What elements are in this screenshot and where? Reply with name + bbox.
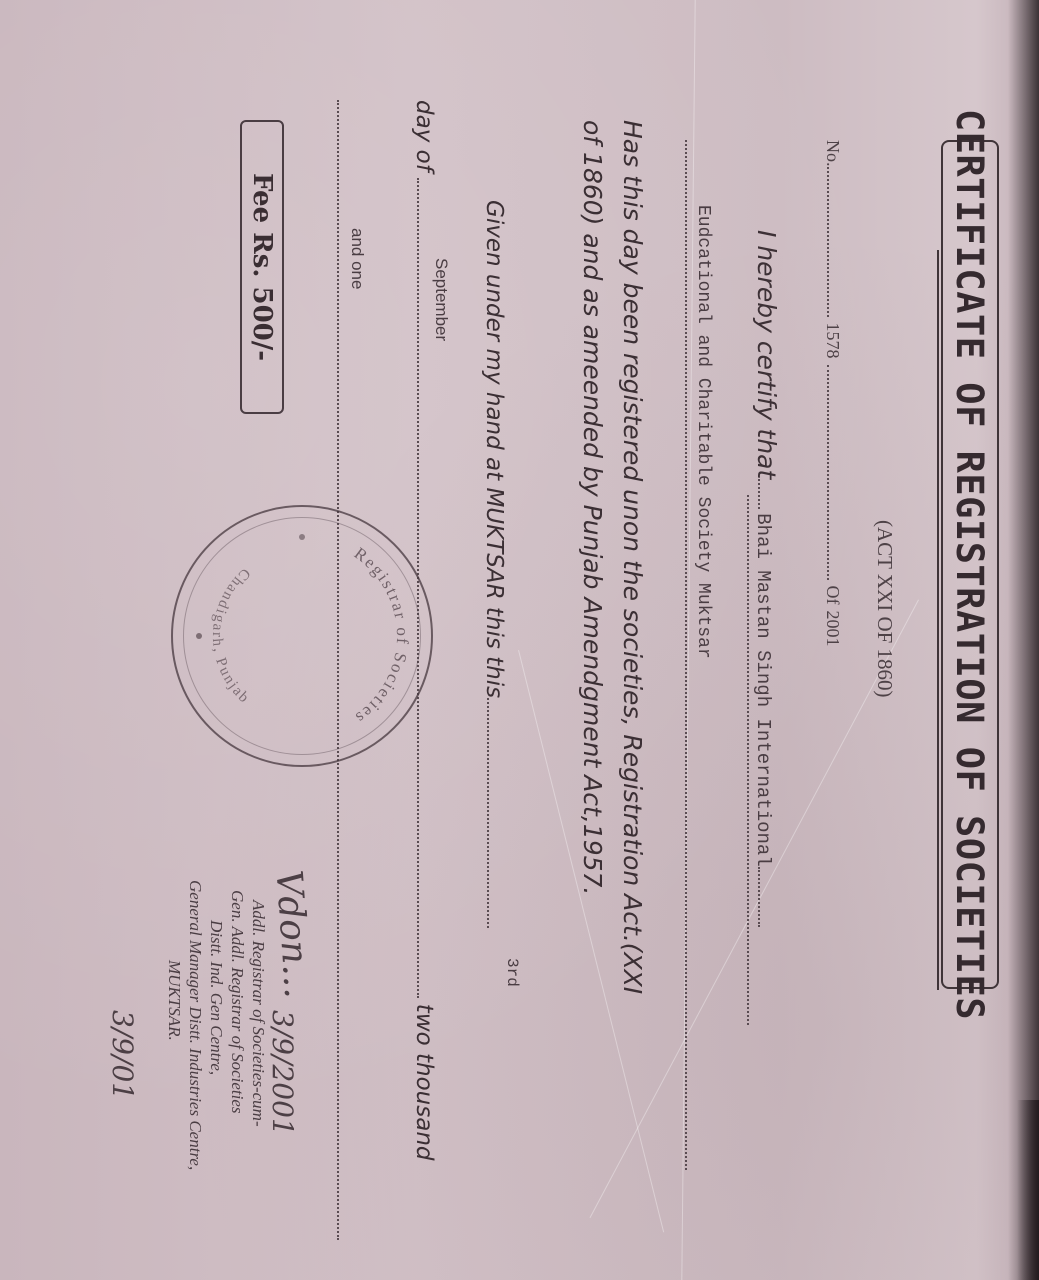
designation-line: Gen. Addl. Registrar of Societies — [227, 880, 248, 1280]
dotted-underline — [685, 140, 687, 1170]
year-words-label: two thousand — [411, 998, 437, 1161]
dotted-rule — [827, 167, 830, 317]
act-subtitle: (ACT XXI OF 1860) — [872, 520, 897, 698]
certificate-page: CERTIFICATE OF REGISTRATION OF SOCIETIES… — [0, 0, 1039, 1280]
designation-line: Addl. Registrar of Societies-cum- — [248, 880, 269, 1280]
certificate-title: CERTIFICATE OF REGISTRATION OF SOCIETIES — [941, 140, 999, 989]
designation-line: General Manager Distt. Industries Centre… — [185, 880, 206, 1280]
given-prefix: Given under my hand at MUKTSAR this this — [481, 200, 507, 698]
handwritten-signature: Vdon... — [268, 869, 318, 1000]
seal-text-ring: Registrar of Societies Chandigarh, Punja… — [173, 507, 431, 765]
certify-row: I hereby certify thatBhai Mastan Singh I… — [752, 230, 781, 927]
footer-handwritten-date: 3/9/01 — [106, 1010, 139, 1100]
registration-number: 1578 — [823, 317, 843, 365]
fee-stamp: Fee Rs. 500/- — [240, 120, 284, 414]
society-name-line2: Eudcational and Charitable Society Mukts… — [693, 205, 713, 659]
official-seal: Registrar of Societies Chandigarh, Punja… — [171, 505, 433, 767]
svg-text:Registrar of Societies: Registrar of Societies — [351, 544, 412, 729]
signatory-designation: Addl. Registrar of Societies-cum- Gen. A… — [164, 880, 269, 1280]
registration-year: 2001 — [823, 611, 843, 647]
seal-bottom-text: Chandigarh, Punjab — [209, 565, 253, 707]
dotted-rule — [758, 479, 761, 509]
no-label: No. — [823, 140, 843, 167]
given-row: Given under my hand at MUKTSAR this this — [481, 200, 507, 928]
handwritten-date: 3/9/2001 — [266, 1010, 299, 1136]
designation-line: MUKTSAR. — [164, 880, 185, 1280]
month-value: September — [431, 258, 451, 341]
day-value: 3rd — [503, 958, 521, 987]
certify-prefix: I hereby certify that — [752, 230, 781, 479]
dotted-rule — [758, 867, 761, 927]
society-name-line1: Bhai Mastan Singh International — [752, 509, 774, 866]
day-of-label: day of — [411, 100, 437, 172]
designation-line: Distt. Ind. Gen Centre, — [206, 880, 227, 1280]
dotted-rule — [487, 698, 490, 928]
year-words-value: and one — [347, 228, 367, 289]
body-line-2: of 1860) and as ameended by Punjab Amend… — [578, 120, 607, 895]
body-line-1: Has this day been registered unon the so… — [618, 120, 647, 994]
dotted-underline — [747, 495, 749, 1025]
registration-number-row: No.1578Of2001 — [822, 140, 843, 647]
seal-top-text: Registrar of Societies — [351, 544, 412, 729]
title-underline — [937, 250, 939, 990]
svg-text:Chandigarh, Punjab: Chandigarh, Punjab — [209, 565, 253, 707]
of-label: Of — [823, 580, 843, 611]
dotted-rule — [827, 365, 830, 580]
